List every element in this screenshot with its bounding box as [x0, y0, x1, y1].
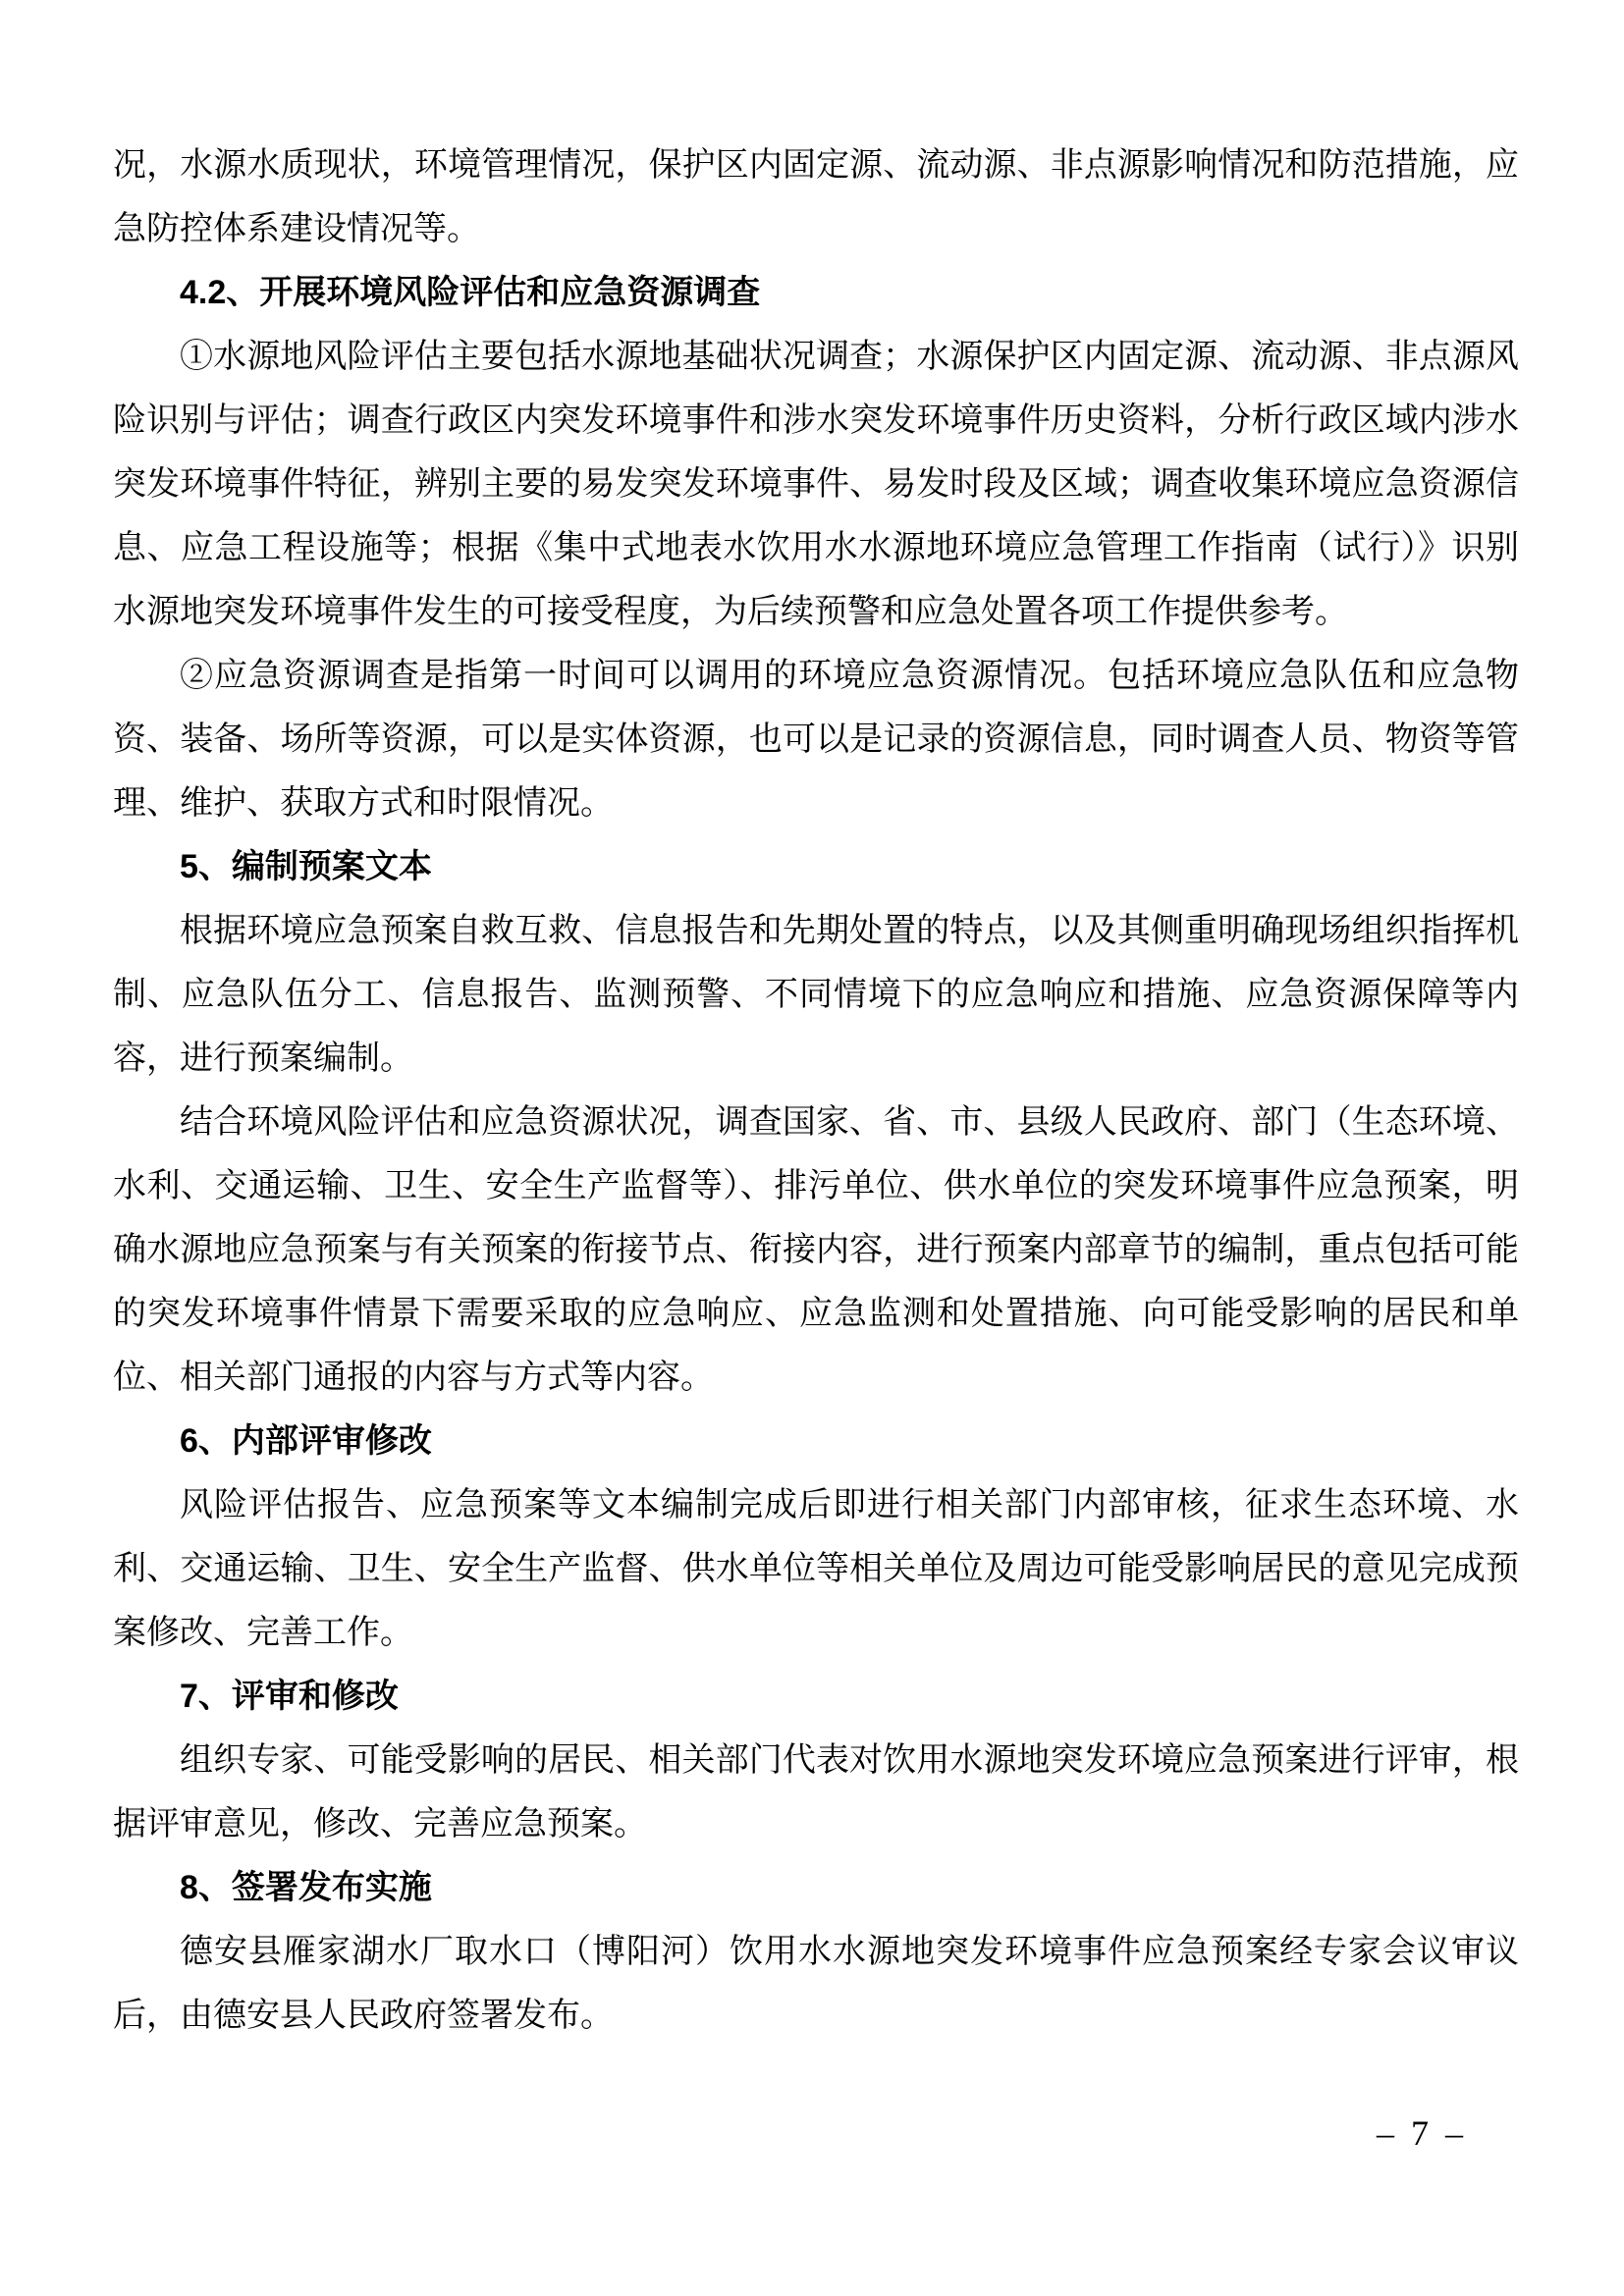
section-heading-5-draft-plan-text: 5、编制预案文本	[113, 835, 1519, 899]
paragraph-sign-and-publish: 德安县雁家湖水厂取水口（博阳河）饮用水水源地突发环境事件应急预案经专家会议审议后…	[113, 1920, 1519, 2048]
section-heading-6-internal-review: 6、内部评审修改	[113, 1410, 1519, 1473]
paragraph-expert-review-process: 组织专家、可能受影响的居民、相关部门代表对饮用水源地突发环境应急预案进行评审，根…	[113, 1729, 1519, 1856]
paragraph-plan-drafting-basis: 根据环境应急预案自救互救、信息报告和先期处置的特点，以及其侧重明确现场组织指挥机…	[113, 899, 1519, 1091]
paragraph-risk-assessment-item-1: ①水源地风险评估主要包括水源地基础状况调查；水源保护区内固定源、流动源、非点源风…	[113, 325, 1519, 644]
section-heading-8-sign-publish-implement: 8、签署发布实施	[113, 1856, 1519, 1920]
paragraph-plan-linkage-and-chapters: 结合环境风险评估和应急资源状况，调查国家、省、市、县级人民政府、部门（生态环境、…	[113, 1091, 1519, 1410]
document-page: 况，水源水质现状，环境管理情况，保护区内固定源、流动源、非点源影响情况和防范措施…	[0, 0, 1624, 2296]
page-number: – 7 –	[1377, 2112, 1467, 2154]
section-heading-4-2-risk-assessment: 4.2、开展环境风险评估和应急资源调查	[113, 261, 1519, 325]
paragraph-emergency-resource-survey-item-2: ②应急资源调查是指第一时间可以调用的环境应急资源情况。包括环境应急队伍和应急物资…	[113, 644, 1519, 835]
paragraph-internal-review-process: 风险评估报告、应急预案等文本编制完成后即进行相关部门内部审核，征求生态环境、水利…	[113, 1473, 1519, 1665]
section-heading-7-review-and-revision: 7、评审和修改	[113, 1665, 1519, 1729]
document-body: 况，水源水质现状，环境管理情况，保护区内固定源、流动源、非点源影响情况和防范措施…	[113, 133, 1519, 2048]
paragraph-continuation-water-source-status: 况，水源水质现状，环境管理情况，保护区内固定源、流动源、非点源影响情况和防范措施…	[113, 133, 1519, 261]
